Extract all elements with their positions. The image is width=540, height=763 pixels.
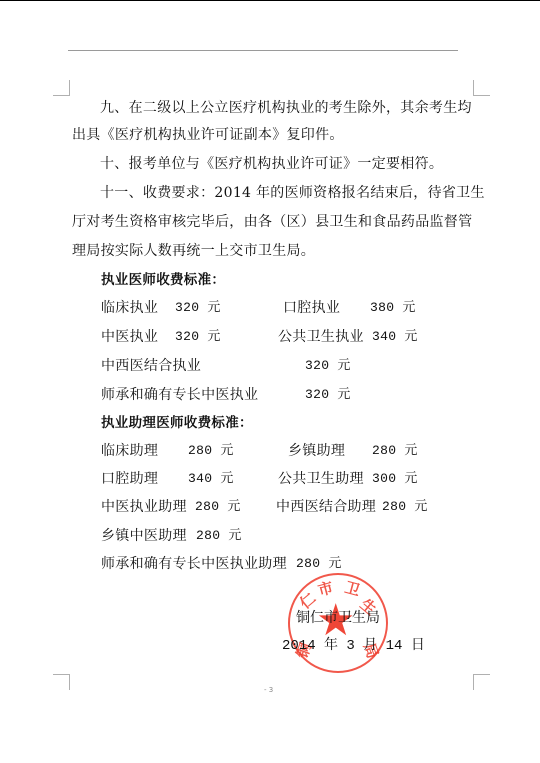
fee-value: 340 元 <box>188 470 234 488</box>
fee-label: 乡镇助理 <box>288 442 345 460</box>
fee-label: 临床助理 <box>101 442 158 460</box>
fee-value: 380 元 <box>370 299 416 317</box>
fee-label: 口腔执业 <box>283 299 340 317</box>
fee-value: 300 元 <box>372 470 418 488</box>
crop-mark-bottom-right <box>473 674 490 690</box>
fee-value: 280 元 <box>382 498 428 516</box>
paragraph-10: 十、报考单位与《医疗机构执业许可证》一定要相符。 <box>100 155 443 173</box>
header-rule <box>68 50 458 51</box>
fee-label: 中西医结合执业 <box>101 357 201 375</box>
practicing-physician-heading: 执业医师收费标准： <box>101 271 225 289</box>
crop-mark-top-left <box>53 80 70 96</box>
fee-value: 320 元 <box>175 328 221 346</box>
paragraph-9-line-1: 九、在二级以上公立医疗机构执业的考生除外，其余考生均 <box>100 99 472 117</box>
paragraph-11-line-2: 厅对考生资格审核完毕后，由各（区）县卫生和食品药品监督管 <box>72 213 472 231</box>
fee-label: 中医执业 <box>101 328 158 346</box>
page-number: - 3 <box>264 686 273 694</box>
fee-label: 师承和确有专长中医执业 <box>101 386 258 404</box>
fee-label: 中医执业助理 <box>101 498 187 516</box>
fee-value: 320 元 <box>175 299 221 317</box>
window-top-border <box>0 0 540 1</box>
fee-value: 280 元 <box>188 442 234 460</box>
fee-value: 320 元 <box>305 386 351 404</box>
signature-organization: 铜仁市卫生局 <box>296 609 380 627</box>
fee-label: 临床执业 <box>101 299 158 317</box>
fee-value: 320 元 <box>305 357 351 375</box>
fee-label: 公共卫生助理 <box>278 470 364 488</box>
paragraph-11-line-1: 十一、收费要求：2014 年的医师资格报名结束后，待省卫生 <box>100 184 485 202</box>
fee-value: 280 元 <box>195 498 241 516</box>
fee-value: 280 元 <box>196 527 242 545</box>
fee-label: 中西医结合助理 <box>276 498 376 516</box>
crop-mark-top-right <box>473 80 490 96</box>
fee-value: 340 元 <box>372 328 418 346</box>
fee-label: 乡镇中医助理 <box>101 527 187 545</box>
fee-value: 280 元 <box>296 555 342 573</box>
fee-value: 280 元 <box>372 442 418 460</box>
fee-label: 公共卫生执业 <box>278 328 364 346</box>
paragraph-9-line-2: 出具《医疗机构执业许可证副本》复印件。 <box>72 126 344 144</box>
crop-mark-bottom-left <box>53 674 70 690</box>
assistant-physician-heading: 执业助理医师收费标准： <box>101 414 253 432</box>
fee-label: 口腔助理 <box>101 470 158 488</box>
signature-date: 2014 年 3 月 14 日 <box>282 637 425 655</box>
fee-label: 师承和确有专长中医执业助理 <box>101 555 287 573</box>
paragraph-11-line-3: 理局按实际人数再统一上交市卫生局。 <box>72 242 315 260</box>
